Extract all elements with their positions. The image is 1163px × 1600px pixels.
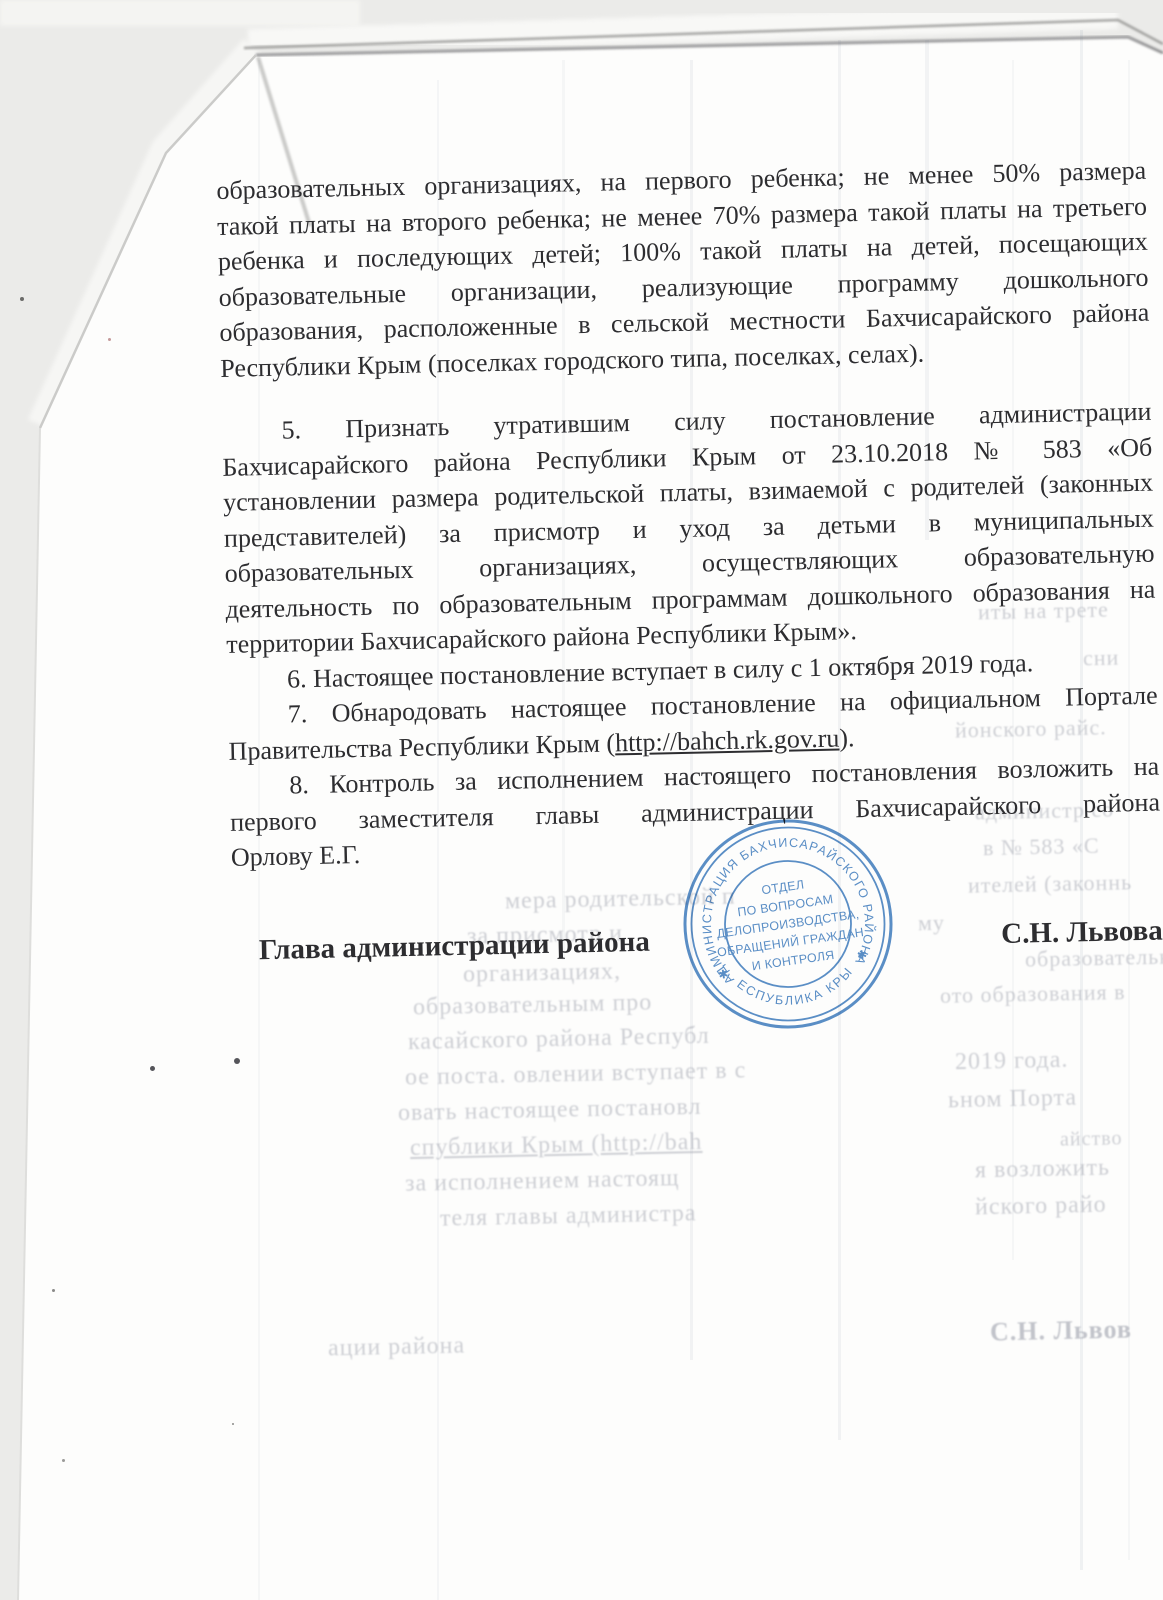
stamp-center-line: ОТДЕЛ [761,877,806,897]
bleed-through-fragment: 2019 года. [955,1047,1069,1076]
dust-speck [52,1289,55,1292]
dust-speck [234,1058,240,1064]
bleed-through-fragment: йского райо [975,1192,1107,1222]
official-stamp: АДМИНИСТРАЦИЯ БАХЧИСАРАЙСКОГО РАЙОНА РЕС… [663,799,914,1050]
dust-speck [62,1459,65,1462]
bleed-through-fragment: за исполнением настоящ [405,1165,680,1198]
bleed-through-fragment: С.Н. Львов [990,1315,1132,1348]
portal-url: http://bahch.rk.gov.ru [615,723,840,757]
bleed-through-fragment: я возложить [975,1155,1110,1185]
dust-speck [20,297,24,301]
bleed-through-fragment: ото образования в [940,979,1126,1009]
dust-speck [108,338,111,341]
text-run: Орлову Е.Г. [231,840,361,872]
text-run: ). [839,723,855,752]
bleed-through-fragment: образовательным про [413,989,653,1021]
asterisk-separator-icon: ✱ [856,947,868,962]
bleed-through-fragment: ации района [328,1333,466,1363]
asterisk-separator-icon: ✱ [717,967,729,982]
bleed-through-fragment: спублики Крым (http://bah [410,1129,703,1162]
dust-speck [232,1423,234,1425]
paragraph: 5. Признать утратившим силу постановлени… [221,394,1156,663]
signature-name: С.Н. Львова [1001,913,1163,952]
bleed-through-fragment: ое поста. овлении вступает в с [405,1057,747,1091]
bleed-through-fragment: овать настоящее постановл [398,1094,702,1127]
dust-speck [150,1066,155,1071]
bleed-through-fragment: айство [1060,1127,1123,1151]
bleed-through-fragment: ьном Порта [948,1085,1078,1115]
bleed-through-fragment: теля главы администра [440,1200,697,1232]
paragraph: образовательных организациях, на первого… [216,153,1150,386]
bleed-through-fragment: касайского района Республ [408,1023,710,1056]
text-run: Правительства Республики Крым ( [228,728,615,765]
